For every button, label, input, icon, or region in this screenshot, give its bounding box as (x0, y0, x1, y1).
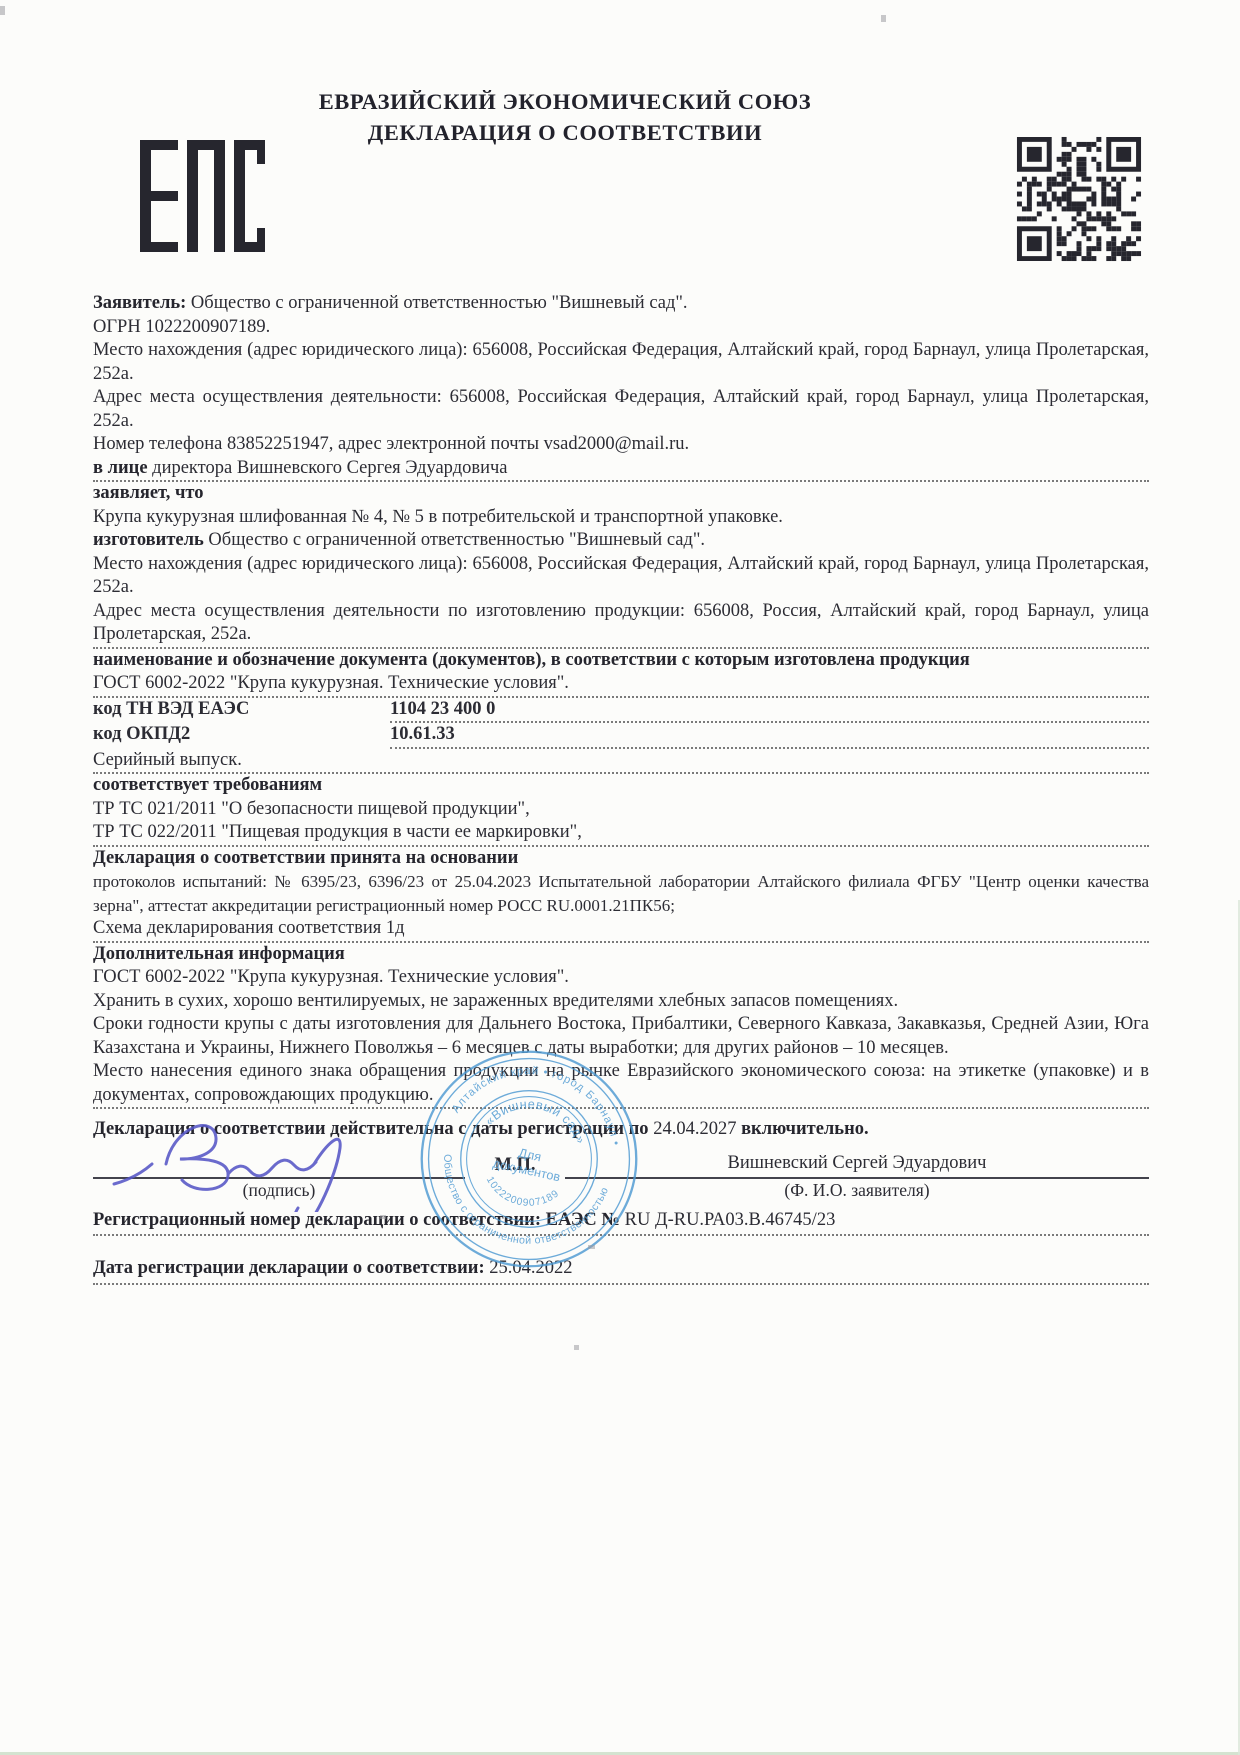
complies-heading: соответствует требованиям (93, 774, 1149, 798)
tnved-label: код ТН ВЭД ЕАЭС (93, 698, 390, 724)
applicant-legal-address: Место нахождения (адрес юридического лиц… (93, 339, 1149, 386)
additional-gost-line: ГОСТ 6002-2022 "Крупа кукурузная. Технич… (93, 966, 1149, 990)
applicant-activity-address: Адрес места осуществления деятельности: … (93, 386, 1149, 433)
declaration-document-page: ЕВРАЗИЙСКИЙ ЭКОНОМИЧЕСКИЙ СОЮЗ ДЕКЛАРАЦИ… (0, 0, 1240, 1755)
phone-email-line: Номер телефона 83852251947, адрес электр… (93, 433, 1149, 457)
basis-heading: Декларация о соответствии принята на осн… (93, 847, 1149, 871)
manufacturer-line: изготовитель Общество с ограниченной отв… (93, 529, 1149, 553)
mark-place-paragraph: Место нанесения единого знака обращения … (93, 1060, 1149, 1109)
scheme-line: Схема декларирования соответствия 1д (93, 917, 1149, 943)
ogrn-line: ОГРН 1022200907189. (93, 316, 1149, 340)
document-title: ЕВРАЗИЙСКИЙ ЭКОНОМИЧЕСКИЙ СОЮЗ ДЕКЛАРАЦИ… (180, 86, 950, 148)
registration-date-line: Дата регистрации декларации о соответств… (93, 1257, 1149, 1285)
tr-ts-021-line: ТР ТС 021/2011 "О безопасности пищевой п… (93, 798, 1149, 822)
seal-place-label: М.П. (465, 1154, 565, 1179)
shelf-life-paragraph: Сроки годности крупы с даты изготовления… (93, 1013, 1149, 1060)
signature-captions: (подпись) (Ф. И.О. заявителя) (93, 1179, 1149, 1201)
qr-code (1012, 132, 1146, 266)
registration-number-line: Регистрационный номер декларации о соотв… (93, 1209, 1149, 1237)
signature-caption: (подпись) (93, 1179, 465, 1201)
validity-line: Декларация о соответствии действительна … (93, 1118, 1149, 1142)
storage-line: Хранить в сухих, хорошо вентилируемых, н… (93, 990, 1149, 1014)
protocols-paragraph: протоколов испытаний: № 6395/23, 6396/23… (93, 870, 1149, 917)
okpd2-row: код ОКПД2 10.61.33 (93, 723, 1149, 749)
eac-conformity-mark-icon (140, 140, 265, 257)
product-line: Крупа кукурузная шлифованная № 4, № 5 в … (93, 506, 1149, 530)
signatory-name: Вишневский Сергей Эдуардович (565, 1152, 1149, 1179)
tnved-value: 1104 23 400 0 (390, 698, 1149, 724)
signature-line (93, 1149, 465, 1179)
manufacturer-legal-address: Место нахождения (адрес юридического лиц… (93, 553, 1149, 600)
scan-speck (380, 1215, 386, 1219)
tnved-row: код ТН ВЭД ЕАЭС 1104 23 400 0 (93, 698, 1149, 724)
scan-speck (881, 15, 886, 22)
doc-heading: наименование и обозначение документа (до… (93, 649, 1149, 673)
okpd2-label: код ОКПД2 (93, 723, 390, 749)
scan-speck (588, 1245, 595, 1249)
scan-speck (574, 1345, 579, 1350)
name-caption: (Ф. И.О. заявителя) (565, 1179, 1149, 1201)
document-body: Заявитель: Общество с ограниченной ответ… (93, 292, 1149, 1285)
applicant-line: Заявитель: Общество с ограниченной ответ… (93, 292, 1149, 316)
serial-line: Серийный выпуск. (93, 749, 1149, 775)
okpd2-value: 10.61.33 (390, 723, 1149, 749)
title-line-declaration: ДЕКЛАРАЦИЯ О СООТВЕТСТВИИ (180, 117, 950, 148)
additional-info-heading: Дополнительная информация (93, 943, 1149, 967)
signature-row: М.П. Вишневский Сергей Эдуардович (93, 1149, 1149, 1179)
title-line-union: ЕВРАЗИЙСКИЙ ЭКОНОМИЧЕСКИЙ СОЮЗ (180, 86, 950, 117)
scan-speck (0, 6, 5, 15)
manufacturer-production-address: Адрес места осуществления деятельности п… (93, 600, 1149, 649)
gost-line: ГОСТ 6002-2022 "Крупа кукурузная. Технич… (93, 672, 1149, 698)
declares-heading: заявляет, что (93, 482, 1149, 506)
in-person-line: в лице директора Вишневского Сергея Эдуа… (93, 457, 1149, 483)
tr-ts-022-line: ТР ТС 022/2011 "Пищевая продукция в част… (93, 821, 1149, 847)
